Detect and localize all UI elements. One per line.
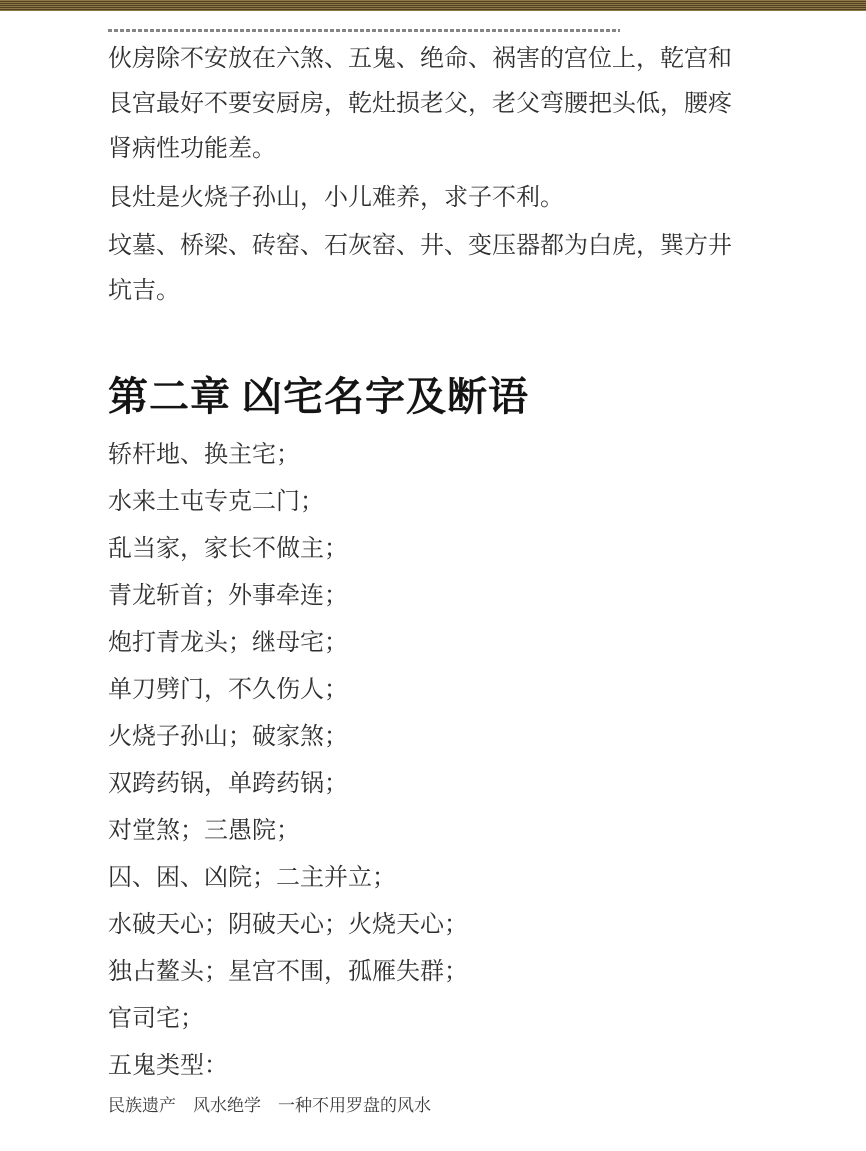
paragraph-line: 坟墓、桥梁、砖窑、石灰窑、井、变压器都为白虎，巽方井 xyxy=(108,224,744,269)
paragraph-line: 坑吉。 xyxy=(108,269,744,314)
paragraph-kitchen-placement: 伙房除不安放在六煞、五鬼、绝命、祸害的宫位上，乾宫和 艮宫最好不要安厨房，乾灶损… xyxy=(108,37,744,172)
top-border-band xyxy=(0,0,866,11)
list-item: 囚、困、凶院；二主并立； xyxy=(108,855,744,902)
paragraph-line: 肾病性功能差。 xyxy=(108,127,744,172)
list-item: 乱当家，家长不做主； xyxy=(108,526,744,573)
paragraph-white-tiger: 坟墓、桥梁、砖窑、石灰窑、井、变压器都为白虎，巽方井 坑吉。 xyxy=(108,224,744,314)
list-item: 五鬼类型： xyxy=(108,1043,744,1090)
list-item: 炮打青龙头；继母宅； xyxy=(108,620,744,667)
list-item: 水破天心；阴破天心；火烧天心； xyxy=(108,902,744,949)
list-item: 官司宅； xyxy=(108,996,744,1043)
paragraph-line: 艮灶是火烧子孙山，小儿难养，求子不利。 xyxy=(108,176,744,221)
paragraph-line: 伙房除不安放在六煞、五鬼、绝命、祸害的宫位上，乾宫和 xyxy=(108,37,744,82)
dashed-separator xyxy=(108,29,620,32)
paragraph-gen-stove: 艮灶是火烧子孙山，小儿难养，求子不利。 xyxy=(108,176,744,221)
paragraph-line: 艮宫最好不要安厨房，乾灶损老父，老父弯腰把头低，腰疼 xyxy=(108,82,744,127)
term-list: 轿杆地、换主宅； 水来土屯专克二门； 乱当家，家长不做主； 青龙斩首；外事牵连；… xyxy=(108,432,744,1090)
page-content: 伙房除不安放在六煞、五鬼、绝命、祸害的宫位上，乾宫和 艮宫最好不要安厨房，乾灶损… xyxy=(108,29,744,1116)
page-footer: 民族遗产 风水绝学 一种不用罗盘的风水 xyxy=(108,1096,744,1116)
document-page: 伙房除不安放在六煞、五鬼、绝命、祸害的宫位上，乾宫和 艮宫最好不要安厨房，乾灶损… xyxy=(0,0,866,1151)
list-item: 轿杆地、换主宅； xyxy=(108,432,744,479)
list-item: 青龙斩首；外事牵连； xyxy=(108,573,744,620)
list-item: 双跨药锅，单跨药锅； xyxy=(108,761,744,808)
chapter-heading: 第二章 凶宅名字及断语 xyxy=(108,371,744,423)
list-item: 独占鳌头；星宫不围，孤雁失群； xyxy=(108,949,744,996)
list-item: 火烧子孙山；破家煞； xyxy=(108,714,744,761)
list-item: 水来土屯专克二门； xyxy=(108,479,744,526)
list-item: 对堂煞；三愚院； xyxy=(108,808,744,855)
list-item: 单刀劈门，不久伤人； xyxy=(108,667,744,714)
